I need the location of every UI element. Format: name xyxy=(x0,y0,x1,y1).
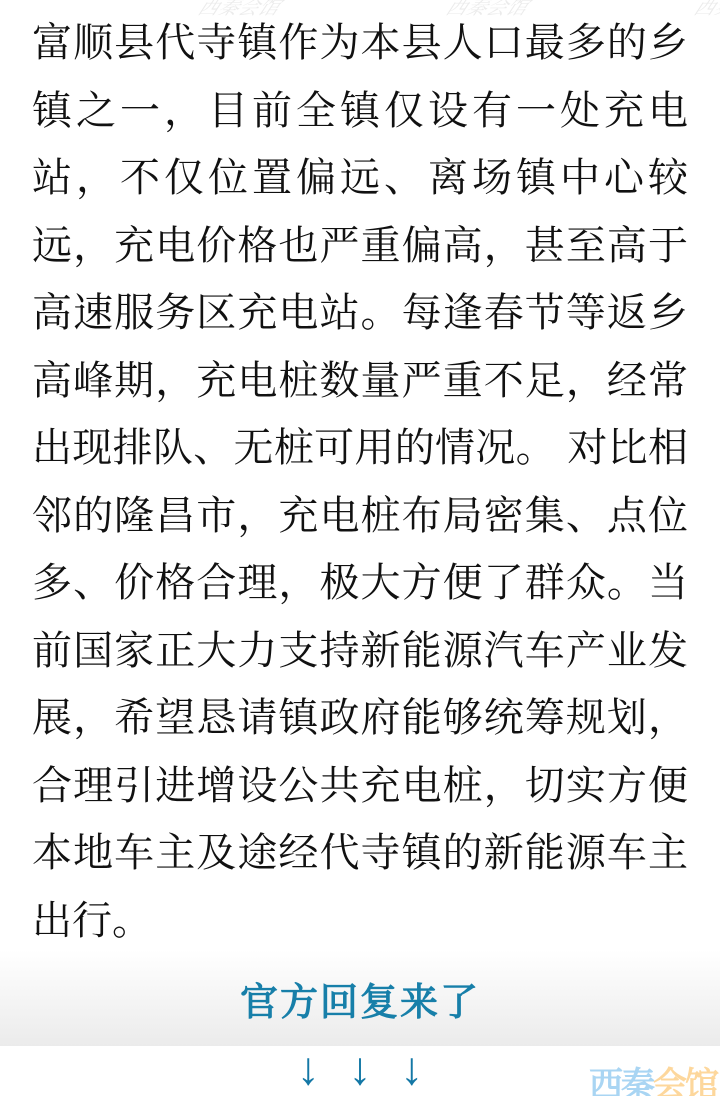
paragraph-line: 镇之一，目前全镇仅设有一处充电 xyxy=(32,78,688,146)
site-watermark: 西秦会馆 xyxy=(589,1068,717,1096)
paragraph-line: 前国家正大力支持新能源汽车产业发 xyxy=(32,618,688,686)
watermark-text-huiguan: 会馆 xyxy=(653,1066,717,1096)
paragraph-line: 合理引进增设公共充电桩，切实方便 xyxy=(32,753,688,821)
down-arrow-icon: ↓ xyxy=(349,1042,372,1094)
paragraph-line: 多、价格合理，极大方便了群众。当 xyxy=(32,550,688,618)
paragraph-line: 本地车主及途经代寺镇的新能源车主 xyxy=(32,820,688,888)
down-arrow-icon: ↓ xyxy=(297,1042,320,1094)
paragraph-line: 出现排队、无桩可用的情况。 对比相 xyxy=(32,415,688,483)
official-reply-banner: 官方回复来了 xyxy=(0,950,720,1046)
paragraph-line: 出行。 xyxy=(32,888,688,956)
paragraph-line: 远，充电价格也严重偏高，甚至高于 xyxy=(32,213,688,281)
down-arrow-icon: ↓ xyxy=(400,1042,423,1094)
footer-section: ↓ ↓ ↓ 西秦会馆 xyxy=(0,1046,720,1096)
paragraph-line: 邻的隆昌市，充电桩布局密集、点位 xyxy=(32,483,688,551)
paragraph-line: 高速服务区充电站。每逢春节等返乡 xyxy=(32,280,688,348)
watermark-text-xiqin: 西秦 xyxy=(589,1066,653,1096)
paragraph-line: 高峰期，充电桩数量严重不足，经常 xyxy=(32,348,688,416)
paragraph-line: 富顺县代寺镇作为本县人口最多的乡 xyxy=(32,10,688,78)
article-page: 西秦会馆 西秦会馆 西秦会馆 富顺县代寺镇作为本县人口最多的乡 镇之一，目前全镇… xyxy=(0,0,720,1096)
article-body: 富顺县代寺镇作为本县人口最多的乡 镇之一，目前全镇仅设有一处充电 站，不仅位置偏… xyxy=(0,0,720,955)
paragraph-line: 站，不仅位置偏远、离场镇中心较 xyxy=(32,145,688,213)
paragraph-line: 展，希望恳请镇政府能够统筹规划， xyxy=(32,685,688,753)
official-reply-heading: 官方回复来了 xyxy=(240,971,480,1026)
